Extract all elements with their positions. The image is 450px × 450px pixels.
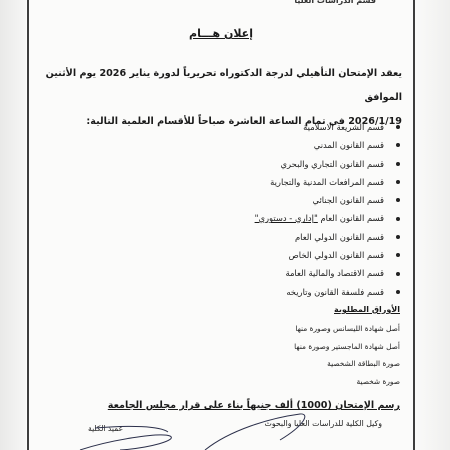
- list-item: قسم الاقتصاد والمالية العامة: [255, 264, 400, 282]
- required-documents-list: أصل شهادة الليسانس وصورة منها أصل شهادة …: [294, 320, 400, 390]
- list-item: قسم فلسفة القانون وتاريخه: [255, 283, 400, 301]
- frame-border-left: [27, 0, 29, 450]
- announcement-title: إعلان هـــام: [30, 27, 412, 40]
- bullet-icon: [396, 180, 400, 184]
- departments-list: قسم الشريعة الاسلامية قسم القانون المدني…: [255, 118, 400, 301]
- bullet-icon: [396, 217, 400, 221]
- list-item: قسم القانون العام "إداري - دستوري": [255, 209, 400, 227]
- public-law-subtitle: "إداري - دستوري": [255, 213, 318, 223]
- page-edge-right: [416, 0, 450, 450]
- list-item: صورة شخصية: [294, 373, 400, 391]
- list-item: قسم الشريعة الاسلامية: [255, 118, 400, 136]
- page-edge-left: [0, 0, 26, 450]
- bullet-icon: [396, 253, 400, 257]
- bullet-icon: [396, 290, 400, 294]
- dean-signature-label: عميد الكلية: [88, 424, 123, 433]
- list-item: قسم القانون الدولي الخاص: [255, 246, 400, 264]
- bullet-icon: [396, 235, 400, 239]
- header-department: قسم الدراسات العليا: [294, 0, 376, 5]
- bullet-icon: [396, 125, 400, 129]
- list-item: قسم القانون التجاري والبحري: [255, 155, 400, 173]
- required-documents-title: الأوراق المطلوبة: [334, 305, 400, 314]
- vice-dean-signature-label: وكيل الكلية للدراسات العليا والبحوث: [264, 419, 382, 428]
- list-item: قسم القانون الجنائي: [255, 191, 400, 209]
- list-item: قسم القانون الدولي العام: [255, 228, 400, 246]
- intro-line-1: يعقد الإمتحان التأهيلي لدرجة الدكتوراه ت…: [38, 62, 402, 110]
- bullet-icon: [396, 272, 400, 276]
- bullet-icon: [396, 143, 400, 147]
- announcement-document: قسم الدراسات العليا إعلان هـــام يعقد ال…: [30, 0, 412, 450]
- list-item: أصل شهادة الليسانس وصورة منها: [294, 320, 400, 338]
- bullet-icon: [396, 162, 400, 166]
- list-item: قسم القانون المدني: [255, 136, 400, 154]
- list-item: قسم المرافعات المدنية والتجارية: [255, 173, 400, 191]
- list-item: أصل شهادة الماجستير وصورة منها: [294, 338, 400, 356]
- bullet-icon: [396, 198, 400, 202]
- list-item: صورة البطاقة الشخصية: [294, 355, 400, 373]
- frame-border-right: [413, 0, 415, 450]
- exam-fee-notice: رسم الإمتحان (1000) ألف جنيهاً بناء على …: [108, 400, 400, 411]
